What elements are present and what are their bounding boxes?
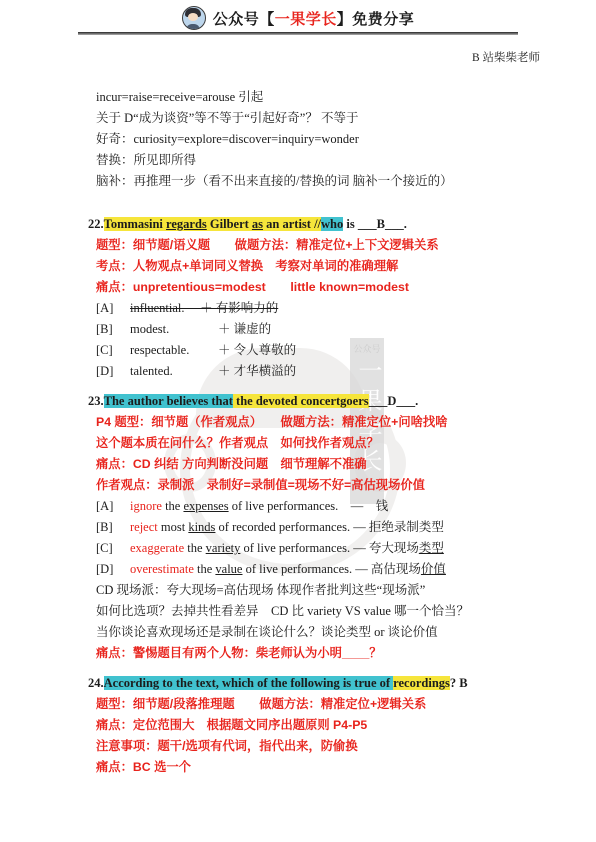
q22-option-a: [A]influential. ＋ 有影响力的 [96, 298, 578, 319]
question-24-title: 24.According to the text, which of the f… [88, 673, 578, 694]
page-title-segment: 】免费分享 [337, 11, 415, 28]
note-line-1: incur=raise=receive=arouse 引起 [96, 87, 578, 108]
text-segment: 如何比选项？去掉共性看差异 CD 比 variety VS value 哪一个恰… [96, 604, 469, 618]
text-segment: ___D___. [369, 394, 419, 408]
text-segment: [D] [96, 361, 130, 382]
text-segment: exaggerate [130, 541, 184, 555]
document-page: 公众号 一果学长 公众号【一果学长】免费分享 B 站柴柴老师 incur=rai… [0, 0, 596, 842]
text-segment: kinds [188, 520, 215, 534]
text-segment: modest. [130, 319, 218, 340]
text-segment: ＋ 令人尊敬的 [218, 343, 296, 357]
q23-note-discuss: 当你谈论喜欢现场还是录制在谈论什么？谈论类型 or 谈论价值 [96, 622, 578, 643]
text-segment: an artist // [263, 217, 321, 231]
q23-pain-line: 痛点：CD 纠结 方向判断没问题 细节理解不准确 [96, 454, 578, 475]
text-segment: 考点：人物观点+单词同义替换 考察对单词的准确理解 [96, 259, 398, 273]
page-title: 公众号【一果学长】免费分享 [213, 8, 415, 29]
text-segment: ＋ 谦虚的 [218, 322, 271, 336]
text-segment: ＋ 才华横溢的 [218, 364, 296, 378]
note-line-3: 好奇：curiosity=explore=discover=inquiry=wo… [96, 129, 578, 150]
q23-note-compare: 如何比选项？去掉共性看差异 CD 比 variety VS value 哪一个恰… [96, 601, 578, 622]
q22-option-d: [D]talented.＋ 才华横溢的 [96, 361, 578, 382]
text-segment: 24. [88, 676, 104, 690]
text-segment: 价值 [421, 562, 446, 576]
q23-note-cd: CD 现场派：夸大现场=高估现场 体现作者批判这些“现场派” [96, 580, 578, 601]
text-segment: who [321, 217, 343, 231]
q23-option-b: [B]reject most kinds of recorded perform… [96, 517, 578, 538]
text-segment: 作者观点：录制派 录制好=录制值=现场不好=高估现场价值 [96, 478, 425, 492]
text-segment: 痛点：unpretentious=modest little known=mod… [96, 280, 409, 294]
text-segment: 题型：细节题/段落推理题 做题方法：精准定位+逻辑关系 [96, 697, 426, 711]
header-divider [78, 32, 518, 35]
page-title-segment: 公众号【 [213, 11, 275, 28]
text-segment: 好奇：curiosity=explore=discover=inquiry=wo… [96, 132, 359, 146]
q23-option-d: [D]overestimate the value of live perfor… [96, 559, 578, 580]
text-segment: expenses [183, 499, 228, 513]
note-line-4: 替换：所见即所得 [96, 150, 578, 171]
text-segment: 脑补：再推理一步（看不出来直接的/替换的词 脑补一个接近的） [96, 174, 453, 188]
text-segment: 类型 [419, 541, 444, 555]
text-segment: is ___B___. [343, 217, 407, 231]
text-segment: the [162, 499, 184, 513]
q24-notice-line: 注意事项：题干/选项有代词，指代出来，防偷换 [96, 736, 578, 757]
q22-option-b: [B]modest.＋ 谦虚的 [96, 319, 578, 340]
q23-type-line: P4 题型：细节题（作者观点） 做题方法：精准定位+问啥找啥 [96, 412, 578, 433]
note-line-2: 关于 D“成为谈资”等不等于“引起好奇”？ 不等于 [96, 108, 578, 129]
q23-essence-line: 这个题本质在问什么？作者观点 如何找作者观点？ [96, 433, 578, 454]
text-segment: most [158, 520, 189, 534]
text-segment: the devoted concertgoers [233, 394, 369, 408]
text-segment: 痛点：警惕题目有两个人物：柴老师认为小明____？ [96, 646, 382, 660]
text-segment: [A] [96, 298, 130, 319]
text-segment: 这个题本质在问什么？作者观点 如何找作者观点？ [96, 436, 379, 450]
text-segment: 题型：细节题/语义题 做题方法：精准定位+上下文逻辑关系 [96, 238, 439, 252]
text-segment: 关于 D“成为谈资”等不等于“引起好奇”？ 不等于 [96, 111, 358, 125]
q22-point-line: 考点：人物观点+单词同义替换 考察对单词的准确理解 [96, 256, 578, 277]
spacer [96, 382, 578, 391]
q23-option-c: [C]exaggerate the variety of live perfor… [96, 538, 578, 559]
text-segment: of recorded performances. — 拒绝录制类型 [215, 520, 443, 534]
text-segment: respectable. [130, 340, 218, 361]
text-segment: Tommasini [104, 217, 166, 231]
page-title-segment: 一果学长 [275, 11, 337, 28]
spacer [96, 664, 578, 673]
text-segment: value [215, 562, 242, 576]
text-segment: the [194, 562, 216, 576]
text-segment: recordings [393, 676, 450, 690]
text-segment: ? B [450, 676, 468, 690]
text-segment: [C] [96, 538, 130, 559]
note-line-5: 脑补：再推理一步（看不出来直接的/替换的词 脑补一个接近的） [96, 171, 578, 192]
text-segment: overestimate [130, 562, 194, 576]
text-segment: [D] [96, 559, 130, 580]
text-segment: [C] [96, 340, 130, 361]
text-segment: Gilbert [207, 217, 252, 231]
text-segment: [B] [96, 319, 130, 340]
text-segment: 痛点：定位范围大 根据题文同序出题原则 P4-P5 [96, 718, 367, 732]
text-segment: of live performances. — 高估现场 [242, 562, 420, 576]
q22-pain-line: 痛点：unpretentious=modest little known=mod… [96, 277, 578, 298]
page-header: 公众号【一果学长】免费分享 [0, 0, 596, 30]
q24-pain-line-2: 痛点：BC 选一个 [96, 757, 578, 778]
text-segment: According to the text, which of the foll… [104, 676, 394, 690]
text-segment: as [252, 217, 263, 231]
q22-type-line: 题型：细节题/语义题 做题方法：精准定位+上下文逻辑关系 [96, 235, 578, 256]
q23-author-view-line: 作者观点：录制派 录制好=录制值=现场不好=高估现场价值 [96, 475, 578, 496]
text-segment: 痛点：BC 选一个 [96, 760, 191, 774]
text-segment: the [184, 541, 206, 555]
q23-pain-line-2: 痛点：警惕题目有两个人物：柴老师认为小明____？ [96, 643, 578, 664]
byline: B 站柴柴老师 [0, 49, 596, 65]
text-segment: regards [166, 217, 207, 231]
question-23-title: 23.The author believes that the devoted … [88, 391, 578, 412]
text-segment: 痛点：CD 纠结 方向判断没问题 细节理解不准确 [96, 457, 367, 471]
text-segment: of live performances. — 钱 [229, 499, 389, 513]
q24-pain-line: 痛点：定位范围大 根据题文同序出题原则 P4-P5 [96, 715, 578, 736]
q24-type-line: 题型：细节题/段落推理题 做题方法：精准定位+逻辑关系 [96, 694, 578, 715]
text-segment: 22. [88, 217, 104, 231]
text-segment: The author believes that [104, 394, 233, 408]
q23-option-a: [A]ignore the expenses of live performan… [96, 496, 578, 517]
text-segment: 23. [88, 394, 104, 408]
question-22-title: 22.Tommasini regards Gilbert as an artis… [88, 214, 578, 235]
text-segment: of live performances. — 夸大现场 [240, 541, 418, 555]
text-segment: 注意事项：题干/选项有代词，指代出来，防偷换 [96, 739, 358, 753]
text-segment: [A] [96, 496, 130, 517]
text-segment: 替换：所见即所得 [96, 153, 196, 167]
text-segment: P4 题型：细节题（作者观点） 做题方法：精准定位+问啥找啥 [96, 415, 448, 429]
text-segment: talented. [130, 361, 218, 382]
text-segment: 当你谈论喜欢现场还是录制在谈论什么？谈论类型 or 谈论价值 [96, 625, 438, 639]
spacer [96, 192, 578, 214]
text-segment: variety [206, 541, 241, 555]
text-segment: incur=raise=receive=arouse 引起 [96, 90, 263, 104]
text-segment: CD 现场派：夸大现场=高估现场 体现作者批判这些“现场派” [96, 583, 425, 597]
document-content: incur=raise=receive=arouse 引起关于 D“成为谈资”等… [0, 87, 596, 778]
text-segment: ignore [130, 499, 162, 513]
text-segment: reject [130, 520, 158, 534]
q22-option-c: [C]respectable.＋ 令人尊敬的 [96, 340, 578, 361]
text-segment: [B] [96, 517, 130, 538]
text-segment: influential. ＋ 有影响力的 [130, 301, 278, 315]
account-avatar-icon [182, 6, 206, 30]
